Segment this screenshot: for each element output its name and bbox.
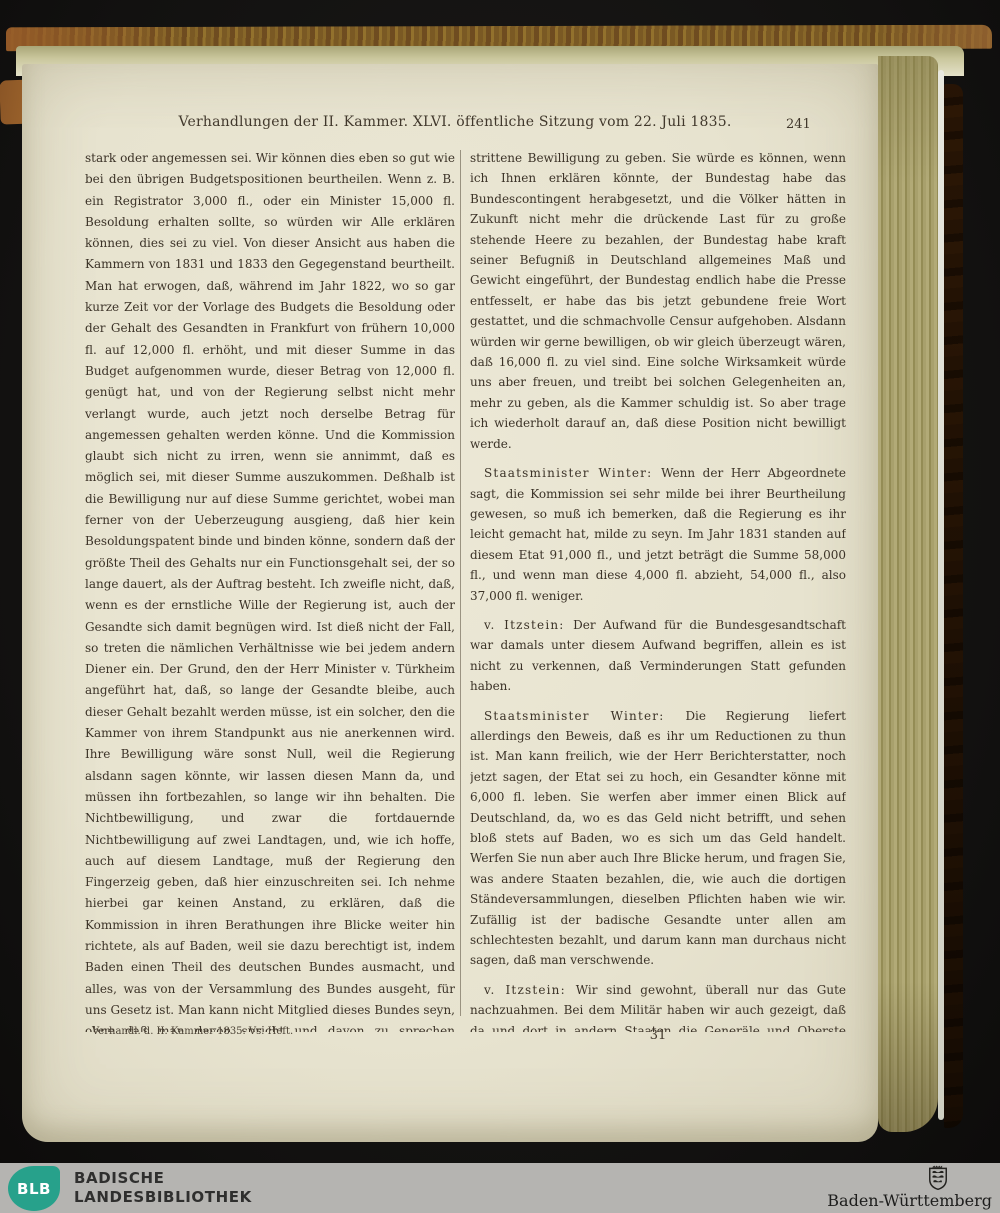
paragraph: strittene Bewilligung zu geben. Sie würd… — [470, 148, 846, 454]
printer-signature-note: Verhandl. d. II. Kammer 1835. Vs. Heft. — [92, 1026, 293, 1037]
book-cover-edge — [944, 84, 963, 1128]
baden-wuerttemberg-crest-icon — [927, 1165, 949, 1191]
column-divider-rule — [460, 150, 461, 1016]
paragraph: v. Itzstein: Der Aufwand für die Bundesg… — [470, 615, 846, 697]
blb-logo-text: BLB — [17, 1180, 51, 1198]
library-name-line2: LANDESBIBLIOTHEK — [74, 1188, 252, 1207]
digitized-book-photo: Verhandlungen der II. Kammer. XLVI. öffe… — [0, 0, 1000, 1213]
blb-logo: BLB — [8, 1166, 60, 1211]
right-text-column: strittene Bewilligung zu geben. Sie würd… — [470, 148, 846, 1032]
state-branding: Baden-Württemberg — [827, 1165, 992, 1210]
paragraph: v. Itzstein: Wir sind gewohnt, überall n… — [470, 980, 846, 1032]
running-header: Verhandlungen der II. Kammer. XLVI. öffe… — [85, 114, 825, 130]
speaker-name: Staatsminister Winter: — [484, 709, 685, 723]
speaker-name: Staatsminister Winter: — [484, 466, 661, 480]
sheet-number: 31 — [470, 1028, 846, 1043]
page-number: 241 — [786, 117, 811, 132]
library-name: BADISCHE LANDESBIBLIOTHEK — [74, 1169, 252, 1207]
paragraph: Staatsminister Winter: Wenn der Herr Abg… — [470, 463, 846, 606]
library-footer-bar: BLB BADISCHE LANDESBIBLIOTHEK Baden-Würt… — [0, 1163, 1000, 1213]
speaker-name: v. Itzstein: — [484, 618, 573, 632]
paragraph: stark oder angemessen sei. Wir können di… — [85, 148, 455, 1032]
left-text-column: stark oder angemessen sei. Wir können di… — [85, 148, 455, 1032]
speaker-name: v. Itzstein: — [484, 983, 576, 997]
book-fore-edge-pages — [878, 56, 938, 1132]
state-name: Baden-Württemberg — [827, 1191, 992, 1210]
library-name-line1: BADISCHE — [74, 1169, 252, 1188]
paragraph: Staatsminister Winter: Die Regierung lie… — [470, 706, 846, 971]
